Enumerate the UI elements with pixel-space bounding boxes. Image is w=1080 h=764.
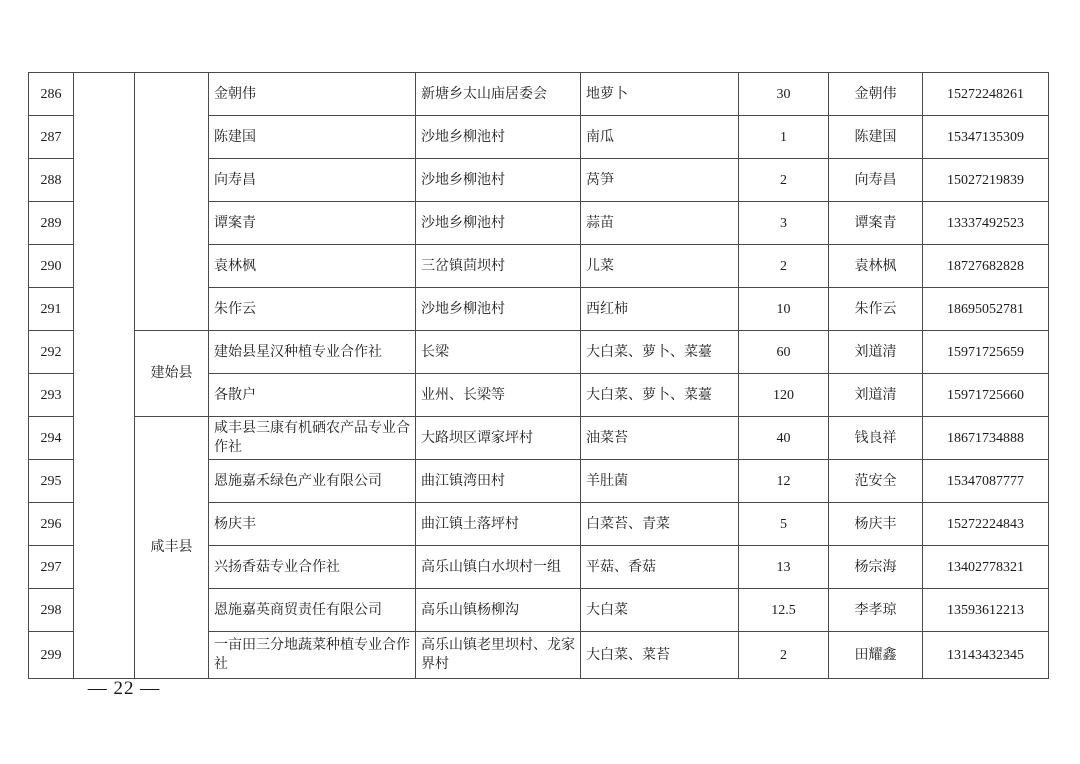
row-no: 291	[29, 288, 74, 331]
product: 大白菜、萝卜、菜薹	[581, 374, 739, 417]
product: 大白菜	[581, 589, 739, 632]
row-no: 293	[29, 374, 74, 417]
phone-number: 13402778321	[923, 546, 1049, 589]
producer-name: 金朝伟	[209, 73, 416, 116]
quantity: 40	[739, 417, 829, 460]
row-no: 286	[29, 73, 74, 116]
phone-number: 15971725660	[923, 374, 1049, 417]
phone-number: 15347135309	[923, 116, 1049, 159]
producer-name: 建始县星汉种植专业合作社	[209, 331, 416, 374]
location: 沙地乡柳池村	[416, 159, 581, 202]
quantity: 2	[739, 159, 829, 202]
location: 曲江镇土落坪村	[416, 503, 581, 546]
location: 高乐山镇老里坝村、龙家界村	[416, 632, 581, 679]
contact-name: 向寿昌	[829, 159, 923, 202]
product: 儿菜	[581, 245, 739, 288]
producers-table: 286 金朝伟 新塘乡太山庙居委会 地萝卜 30 金朝伟 15272248261…	[28, 72, 1049, 679]
row-no: 292	[29, 331, 74, 374]
contact-name: 袁林枫	[829, 245, 923, 288]
producer-name: 兴扬香菇专业合作社	[209, 546, 416, 589]
phone-number: 15971725659	[923, 331, 1049, 374]
product: 西红柿	[581, 288, 739, 331]
quantity: 12.5	[739, 589, 829, 632]
location: 三岔镇茴坝村	[416, 245, 581, 288]
contact-name: 田耀鑫	[829, 632, 923, 679]
product: 地萝卜	[581, 73, 739, 116]
location: 大路坝区谭家坪村	[416, 417, 581, 460]
contact-name: 杨庆丰	[829, 503, 923, 546]
quantity: 60	[739, 331, 829, 374]
contact-name: 钱良祥	[829, 417, 923, 460]
contact-name: 朱作云	[829, 288, 923, 331]
producer-name: 恩施嘉禾绿色产业有限公司	[209, 460, 416, 503]
location: 沙地乡柳池村	[416, 288, 581, 331]
quantity: 5	[739, 503, 829, 546]
quantity: 120	[739, 374, 829, 417]
phone-number: 15027219839	[923, 159, 1049, 202]
producer-name: 谭案青	[209, 202, 416, 245]
county-cell: 建始县	[135, 331, 209, 417]
quantity: 30	[739, 73, 829, 116]
quantity: 3	[739, 202, 829, 245]
phone-number: 15347087777	[923, 460, 1049, 503]
product: 蒜苗	[581, 202, 739, 245]
row-no: 295	[29, 460, 74, 503]
producer-name: 袁林枫	[209, 245, 416, 288]
contact-name: 刘道清	[829, 331, 923, 374]
quantity: 2	[739, 632, 829, 679]
product: 大白菜、菜苔	[581, 632, 739, 679]
product: 白菜苔、青菜	[581, 503, 739, 546]
row-no: 296	[29, 503, 74, 546]
phone-number: 13337492523	[923, 202, 1049, 245]
table-row: 294 咸丰县 咸丰县三康有机硒农产品专业合作社 大路坝区谭家坪村 油菜苔 40…	[29, 417, 1049, 460]
phone-number: 18727682828	[923, 245, 1049, 288]
county-cell-empty	[135, 73, 209, 331]
phone-number: 15272224843	[923, 503, 1049, 546]
producer-name: 杨庆丰	[209, 503, 416, 546]
quantity: 13	[739, 546, 829, 589]
phone-number: 15272248261	[923, 73, 1049, 116]
producer-name: 向寿昌	[209, 159, 416, 202]
product: 南瓜	[581, 116, 739, 159]
contact-name: 范安全	[829, 460, 923, 503]
row-no: 299	[29, 632, 74, 679]
contact-name: 陈建国	[829, 116, 923, 159]
contact-name: 刘道清	[829, 374, 923, 417]
producer-name: 各散户	[209, 374, 416, 417]
product: 油菜苔	[581, 417, 739, 460]
county-cell: 咸丰县	[135, 417, 209, 679]
product: 大白菜、萝卜、菜薹	[581, 331, 739, 374]
product: 羊肚菌	[581, 460, 739, 503]
document-page: 286 金朝伟 新塘乡太山庙居委会 地萝卜 30 金朝伟 15272248261…	[0, 0, 1080, 764]
contact-name: 杨宗海	[829, 546, 923, 589]
row-no: 297	[29, 546, 74, 589]
table-row: 292 建始县 建始县星汉种植专业合作社 长梁 大白菜、萝卜、菜薹 60 刘道清…	[29, 331, 1049, 374]
producer-name: 恩施嘉英商贸责任有限公司	[209, 589, 416, 632]
product: 莴笋	[581, 159, 739, 202]
row-no: 294	[29, 417, 74, 460]
location: 业州、长梁等	[416, 374, 581, 417]
quantity: 1	[739, 116, 829, 159]
location: 新塘乡太山庙居委会	[416, 73, 581, 116]
producer-name: 陈建国	[209, 116, 416, 159]
quantity: 2	[739, 245, 829, 288]
product: 平菇、香菇	[581, 546, 739, 589]
location: 高乐山镇杨柳沟	[416, 589, 581, 632]
location: 高乐山镇白水坝村一组	[416, 546, 581, 589]
location: 长梁	[416, 331, 581, 374]
page-number: — 22 —	[78, 678, 170, 700]
location: 沙地乡柳池村	[416, 116, 581, 159]
row-no: 287	[29, 116, 74, 159]
phone-number: 13593612213	[923, 589, 1049, 632]
table-row: 286 金朝伟 新塘乡太山庙居委会 地萝卜 30 金朝伟 15272248261	[29, 73, 1049, 116]
quantity: 12	[739, 460, 829, 503]
contact-name: 李孝琼	[829, 589, 923, 632]
contact-name: 谭案青	[829, 202, 923, 245]
quantity: 10	[739, 288, 829, 331]
producer-name: 朱作云	[209, 288, 416, 331]
row-no: 289	[29, 202, 74, 245]
row-no: 290	[29, 245, 74, 288]
row-no: 298	[29, 589, 74, 632]
producer-name: 咸丰县三康有机硒农产品专业合作社	[209, 417, 416, 460]
producer-name: 一亩田三分地蔬菜种植专业合作社	[209, 632, 416, 679]
location: 沙地乡柳池村	[416, 202, 581, 245]
row-no: 288	[29, 159, 74, 202]
prefecture-cell	[74, 73, 135, 679]
contact-name: 金朝伟	[829, 73, 923, 116]
phone-number: 18671734888	[923, 417, 1049, 460]
phone-number: 13143432345	[923, 632, 1049, 679]
phone-number: 18695052781	[923, 288, 1049, 331]
location: 曲江镇湾田村	[416, 460, 581, 503]
